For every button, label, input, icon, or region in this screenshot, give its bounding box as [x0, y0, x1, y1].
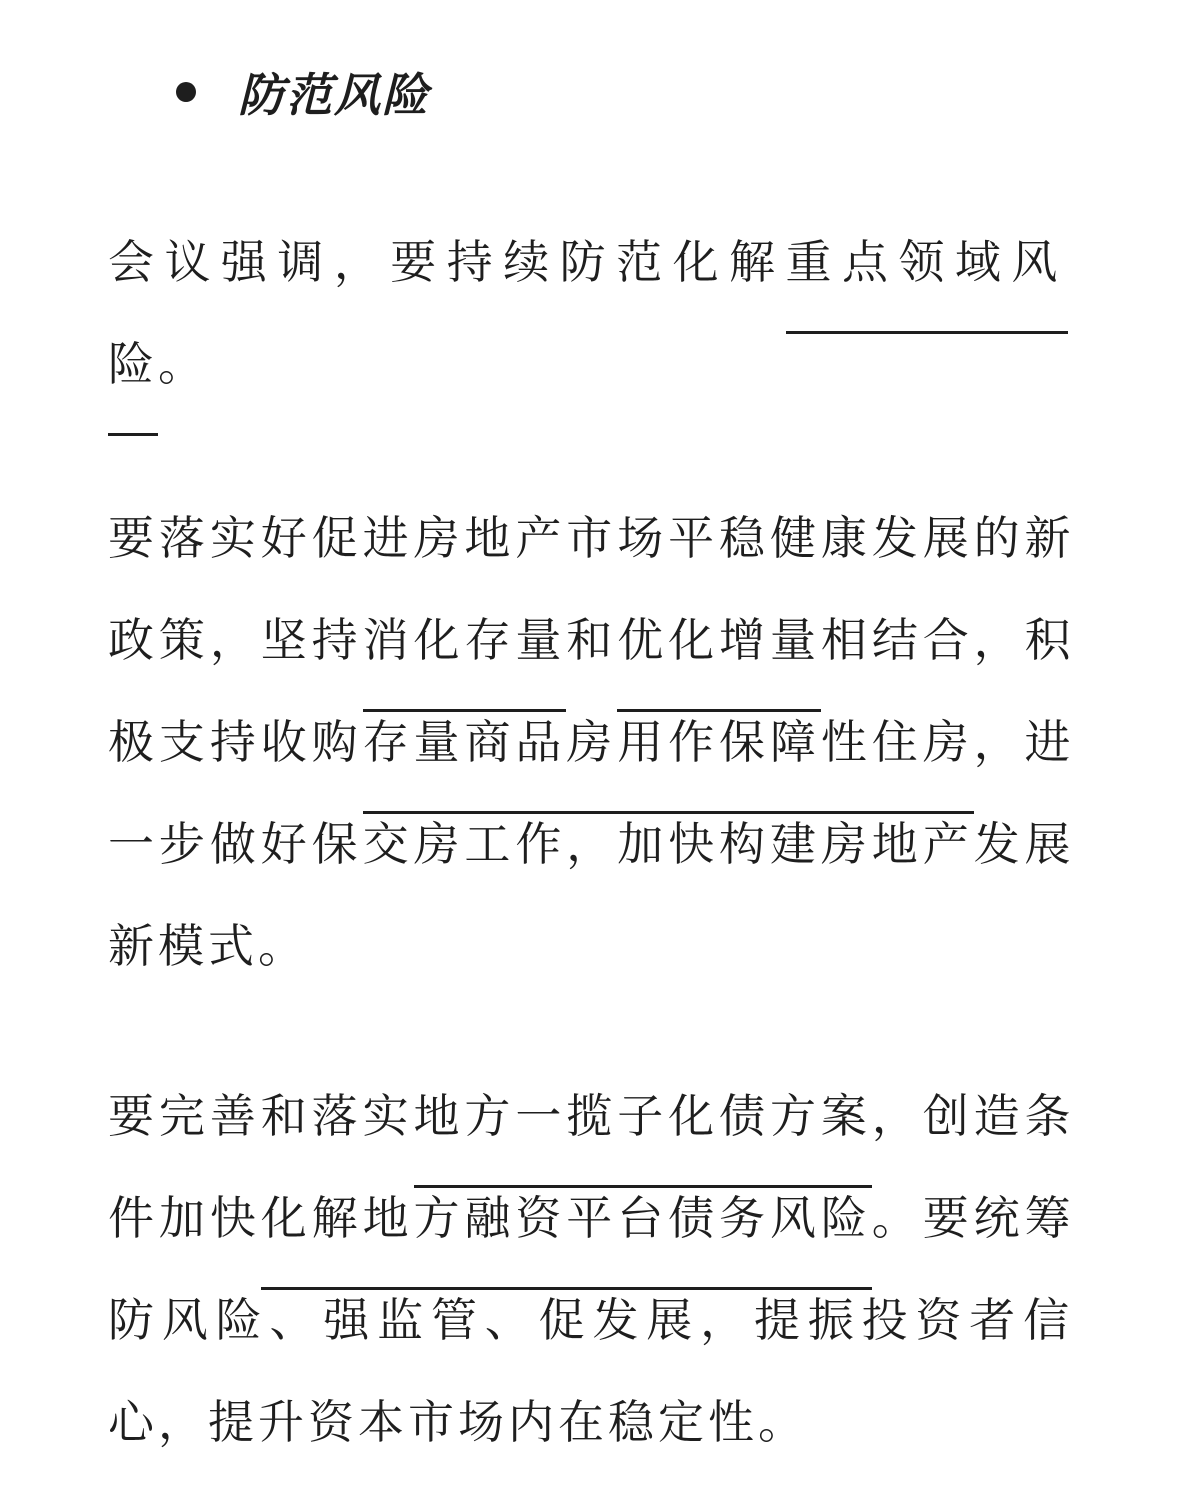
text-segment: 会议强调，要持续防范化解 [108, 232, 786, 334]
text-segment: ，创造条 [872, 1086, 1076, 1188]
underlined-key-phrase: 化解地方融资平台债务风险 [261, 1188, 872, 1290]
text-line: 险。 [108, 334, 1073, 436]
text-segment: 和 [566, 610, 617, 712]
section-title: 防范风险 [238, 59, 430, 125]
text-line: 新模式。 [108, 916, 1073, 1018]
text-segment: 要落实好促进房地产市场平稳健康发展的新 [108, 508, 1075, 610]
text-segment: 极支持收购 [108, 712, 363, 814]
text-segment: ，进 [974, 712, 1076, 814]
underlined-key-phrase: 消化存量 [363, 610, 567, 712]
text-segment: 件加快 [108, 1188, 261, 1290]
section-heading: 防范风险 [176, 52, 430, 132]
underlined-key-phrase: 地方一揽子化债方案 [414, 1086, 872, 1188]
underlined-key-phrase: 重点领域风 [786, 232, 1068, 334]
underlined-key-phrase: 存量商品房用作保障性住房 [363, 712, 974, 814]
text-segment: 相结合，积 [821, 610, 1076, 712]
text-segment: 要完善和落实 [108, 1086, 414, 1188]
text-line: 要落实好促进房地产市场平稳健康发展的新 [108, 508, 1073, 610]
text-line: 极支持收购存量商品房用作保障性住房，进 [108, 712, 1073, 814]
text-line: 心，提升资本市场内在稳定性。 [108, 1392, 1073, 1494]
underlined-key-phrase: 优化增量 [617, 610, 821, 712]
text-line: 防风险、强监管、促发展，提振投资者信 [108, 1290, 1073, 1392]
text-line: 一步做好保交房工作，加快构建房地产发展 [108, 814, 1073, 916]
paragraph-real-estate: 要落实好促进房地产市场平稳健康发展的新政策，坚持消化存量和优化增量相结合，积极支… [108, 508, 1073, 1018]
text-segment: 新模式。 [108, 916, 308, 1018]
text-segment: 心，提升资本市场内在稳定性。 [108, 1392, 808, 1494]
text-segment: 一步做好保交房工作，加快构建房地产发展 [108, 814, 1075, 916]
paragraph-local-debt: 要完善和落实地方一揽子化债方案，创造条件加快化解地方融资平台债务风险。要统筹防风… [108, 1086, 1073, 1494]
text-line: 政策，坚持消化存量和优化增量相结合，积 [108, 610, 1073, 712]
underlined-key-phrase: 险 [108, 334, 158, 436]
text-line: 件加快化解地方融资平台债务风险。要统筹 [108, 1188, 1073, 1290]
bullet-icon [176, 82, 196, 102]
text-line: 要完善和落实地方一揽子化债方案，创造条 [108, 1086, 1073, 1188]
paragraph-key-risks: 会议强调，要持续防范化解 重点领域风险。 [108, 232, 1073, 436]
text-line: 会议强调，要持续防范化解 重点领域风 [108, 232, 1073, 334]
text-segment: 防风险、强监管、促发展，提振投资者信 [108, 1290, 1077, 1392]
text-segment: 政策，坚持 [108, 610, 363, 712]
text-segment: 。要统筹 [872, 1188, 1076, 1290]
text-segment: 。 [158, 334, 208, 436]
